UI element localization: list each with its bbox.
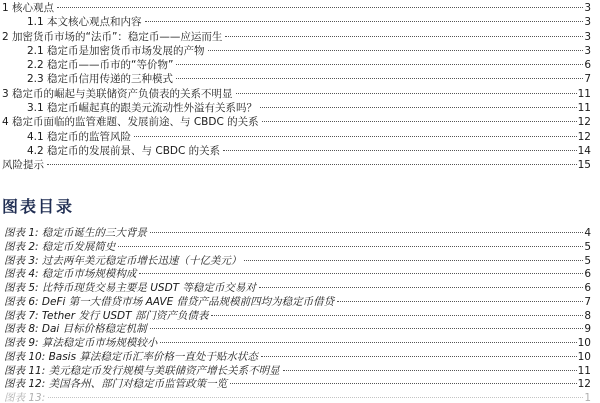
toc-entry-title: 1 核心观点 [2, 1, 56, 15]
toc-entry[interactable]: 4.1 稳定币的监管风险 12 [0, 130, 591, 144]
dot-leader [223, 150, 576, 151]
toc-entry-title: 2.1 稳定币是加密货币市场发展的产物 [27, 44, 207, 58]
toc-entry[interactable]: 1 核心观点 3 [0, 1, 591, 15]
toc-entry[interactable]: 4.2 稳定币的发展前景、与 CBDC 的关系 14 [0, 144, 591, 158]
dot-leader [150, 232, 583, 233]
figure-entry-page: 9 [584, 323, 591, 337]
dot-leader [236, 93, 577, 94]
toc-entry-title: 4.1 稳定币的监管风险 [27, 130, 133, 144]
toc-entry[interactable]: 2.3 稳定币信用传递的三种模式 7 [0, 72, 591, 86]
toc-entry-title: 1.1 本文核心观点和内容 [27, 15, 144, 29]
toc-entry[interactable]: 2.2 稳定币——币市的“等价物” 6 [0, 58, 591, 72]
toc-entry[interactable]: 2 加密货币市场的“法币”：稳定币——应运而生 3 [0, 30, 591, 44]
dot-leader [176, 64, 583, 65]
figure-entry-page: 5 [584, 255, 591, 269]
toc-entry[interactable]: 4 稳定币面临的监管难题、发展前途、与 CBDC 的关系 12 [0, 115, 591, 129]
toc-entry-page: 14 [578, 144, 591, 158]
figure-entry[interactable]: 图表 2: 稳定币发展简史 5 [0, 241, 591, 255]
figure-entry-page: 8 [584, 310, 591, 324]
toc-entry[interactable]: 1.1 本文核心观点和内容 3 [0, 15, 591, 29]
toc-entry-page: 6 [584, 58, 591, 72]
figure-list-heading: 图表目录 [2, 194, 74, 217]
toc-entry-title: 风险提示 [2, 158, 46, 172]
figure-entry-page: 10 [578, 351, 591, 365]
dot-leader [208, 50, 584, 51]
table-of-contents: 1 核心观点 3 1.1 本文核心观点和内容 3 2 加密货币市场的“法币”：稳… [0, 1, 591, 173]
figure-entry-title: 图表 3: 过去两年美元稳定币增长迅速（十亿美元） [4, 255, 243, 269]
figure-entry-title: 图表 11: 美元稳定币发行规模与美联储资产增长关系不明显 [4, 365, 282, 379]
toc-entry-page: 15 [578, 158, 591, 172]
dot-leader [283, 370, 577, 371]
figure-entry[interactable]: 图表 9: 算法稳定币市场规模较小 10 [0, 337, 591, 351]
toc-entry-page: 3 [584, 30, 591, 44]
dot-leader [47, 164, 577, 165]
figure-entry[interactable]: 图表 6: DeFi 第一大借贷市场 AAVE 借贷产品规模前四均为稳定币借贷 … [0, 296, 591, 310]
figure-entry-page: 7 [584, 296, 591, 310]
toc-entry-page: 3 [584, 15, 591, 29]
toc-entry-page: 11 [578, 87, 591, 101]
figure-entry-title: 图表 12: 美国各州、部门对稳定币监管政策一览 [4, 378, 229, 392]
figure-entry-page: 10 [578, 337, 591, 351]
dot-leader [139, 273, 583, 274]
figure-entry[interactable]: 图表 10: Basis 算法稳定币汇率价格一直处于贴水状态 10 [0, 351, 591, 365]
toc-entry[interactable]: 2.1 稳定币是加密货币市场发展的产物 3 [0, 44, 591, 58]
dot-leader [211, 315, 583, 316]
figure-entry-page: 5 [584, 241, 591, 255]
dot-leader [57, 7, 583, 8]
figure-entry-title: 图表 1: 稳定币诞生的三大背景 [4, 227, 149, 241]
figure-list: 图表 1: 稳定币诞生的三大背景 4 图表 2: 稳定币发展简史 5 图表 3:… [0, 227, 591, 403]
toc-entry[interactable]: 风险提示 15 [0, 158, 591, 172]
toc-entry[interactable]: 3.1 稳定币崛起真的跟美元流动性外溢有关系吗？ 11 [0, 101, 591, 115]
dot-leader [262, 121, 577, 122]
toc-entry[interactable]: 3 稳定币的崛起与美联储资产负债表的关系不明显 11 [0, 87, 591, 101]
toc-entry-title: 4.2 稳定币的发展前景、与 CBDC 的关系 [27, 144, 222, 158]
figure-entry-page: 1 [584, 392, 591, 403]
figure-entry-title: 图表 2: 稳定币发展简史 [4, 241, 117, 255]
figure-entry[interactable]: 图表 3: 过去两年美元稳定币增长迅速（十亿美元） 5 [0, 255, 591, 269]
figure-entry-page: 12 [578, 378, 591, 392]
toc-entry-page: 3 [584, 44, 591, 58]
dot-leader [337, 301, 583, 302]
figure-entry[interactable]: 图表 8: Dai 目标价格稳定机制 9 [0, 323, 591, 337]
figure-entry-page: 11 [578, 365, 591, 379]
dot-leader [225, 36, 583, 37]
figure-entry-title: 图表 4: 稳定币市场规模构成 [4, 268, 138, 282]
dot-leader [230, 383, 577, 384]
dot-leader [118, 246, 583, 247]
dot-leader [244, 260, 583, 261]
figure-entry-page: 6 [584, 282, 591, 296]
figure-entry[interactable]: 图表 12: 美国各州、部门对稳定币监管政策一览 12 [0, 378, 591, 392]
dot-leader [160, 342, 576, 343]
figure-entry-title: 图表 7: Tether 发行 USDT 部门资产负债表 [4, 310, 210, 324]
figure-entry[interactable]: 图表 7: Tether 发行 USDT 部门资产负债表 8 [0, 310, 591, 324]
figure-entry-title: 图表 13: [4, 392, 47, 403]
dot-leader [176, 78, 583, 79]
toc-entry-title: 4 稳定币面临的监管难题、发展前途、与 CBDC 的关系 [2, 115, 261, 129]
figure-entry-title: 图表 6: DeFi 第一大借贷市场 AAVE 借贷产品规模前四均为稳定币借贷 [4, 296, 336, 310]
toc-entry-title: 3 稳定币的崛起与美联储资产负债表的关系不明显 [2, 87, 235, 101]
dot-leader [134, 136, 577, 137]
toc-entry-page: 12 [578, 115, 591, 129]
toc-entry-page: 11 [578, 101, 591, 115]
figure-entry-title: 图表 8: Dai 目标价格稳定机制 [4, 323, 149, 337]
dot-leader [145, 21, 584, 22]
toc-entry-title: 2 加密货币市场的“法币”：稳定币——应运而生 [2, 30, 224, 44]
dot-leader [48, 397, 583, 398]
toc-entry-title: 2.3 稳定币信用传递的三种模式 [27, 72, 175, 86]
dot-leader [150, 328, 584, 329]
figure-entry-title: 图表 9: 算法稳定币市场规模较小 [4, 337, 159, 351]
figure-entry[interactable]: 图表 4: 稳定币市场规模构成 6 [0, 268, 591, 282]
figure-entry-page: 4 [584, 227, 591, 241]
figure-entry[interactable]: 图表 5: 比特币现货交易主要是 USDT 等稳定币交易对 6 [0, 282, 591, 296]
toc-entry-title: 2.2 稳定币——币市的“等价物” [27, 58, 175, 72]
dot-leader [261, 356, 577, 357]
figure-entry[interactable]: 图表 1: 稳定币诞生的三大背景 4 [0, 227, 591, 241]
dot-leader [259, 287, 583, 288]
dot-leader [260, 107, 577, 108]
figure-entry-page: 6 [584, 268, 591, 282]
figure-entry-title: 图表 5: 比特币现货交易主要是 USDT 等稳定币交易对 [4, 282, 258, 296]
figure-entry[interactable]: 图表 11: 美元稳定币发行规模与美联储资产增长关系不明显 11 [0, 365, 591, 379]
figure-entry-title: 图表 10: Basis 算法稳定币汇率价格一直处于贴水状态 [4, 351, 260, 365]
toc-entry-page: 12 [578, 130, 591, 144]
toc-entry-page: 3 [584, 1, 591, 15]
figure-entry-partial[interactable]: 图表 13: 1 [0, 392, 591, 403]
toc-entry-page: 7 [584, 72, 591, 86]
toc-entry-title: 3.1 稳定币崛起真的跟美元流动性外溢有关系吗？ [27, 101, 259, 115]
